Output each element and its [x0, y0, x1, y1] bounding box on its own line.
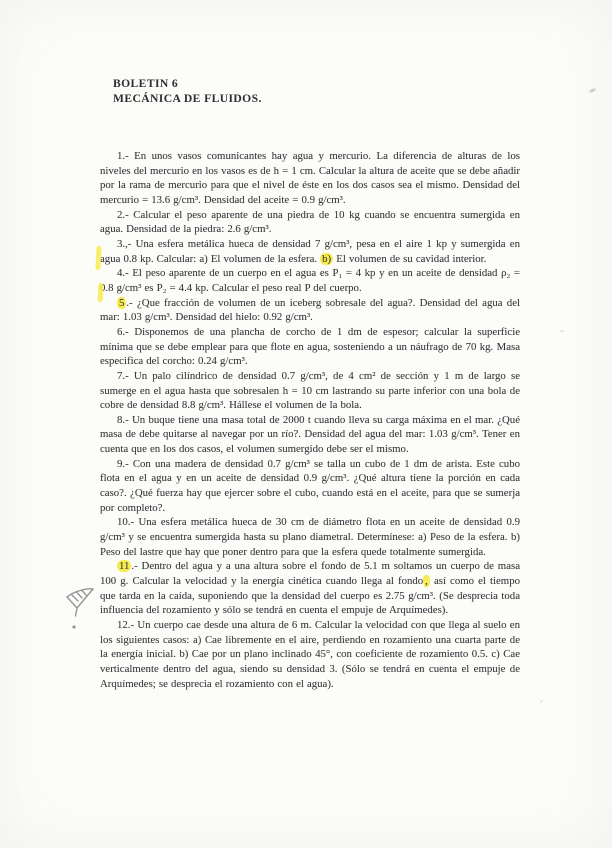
problem-8: 8.- Un buque tiene una masa total de 200… — [100, 413, 520, 457]
problem-10: 10.- Una esfera metálica hueca de 30 cm … — [100, 515, 520, 559]
title-line-1: BOLETIN 6 — [113, 76, 262, 91]
problem-4: 4.- El peso aparente de un cuerpo en el … — [100, 266, 520, 295]
scanned-document-page: BOLETIN 6 MECÁNICA DE FLUIDOS. 1.- En un… — [0, 0, 612, 848]
problem-1: 1.- En unos vasos comunicantes hay agua … — [100, 149, 520, 208]
problem-11: 11.- Dentro del agua y a una altura sobr… — [100, 559, 520, 618]
document-title: BOLETIN 6 MECÁNICA DE FLUIDOS. — [113, 76, 262, 106]
problem-2-text: 2.- Calcular el peso aparente de una pie… — [100, 209, 520, 236]
problem-7: 7.- Un palo cilíndrico de densidad 0.7 g… — [100, 369, 520, 413]
scan-speck — [560, 330, 564, 332]
problem-3: 3.,- Una esfera metálica hueca de densid… — [100, 237, 520, 266]
problem-11-highlighted-number: 11 — [117, 560, 131, 572]
problem-9-text: 9.- Con una madera de densidad 0.7 g/cm³… — [100, 458, 520, 514]
problem-5-text: .- ¿Que fracción de volumen de un iceber… — [100, 297, 520, 324]
problem-3-highlighted-b: b) — [320, 253, 333, 265]
problem-10-text: 10.- Una esfera metálica hueca de 30 cm … — [100, 516, 520, 557]
problem-4-text: 4.- El peso aparente de un cuerpo en el … — [100, 267, 520, 294]
problem-9: 9.- Con una madera de densidad 0.7 g/cm³… — [100, 457, 520, 516]
problem-8-text: 8.- Un buque tiene una masa total de 200… — [100, 414, 520, 455]
problem-12: 12.- Un cuerpo cae desde una altura de 6… — [100, 618, 520, 691]
problems-list: 1.- En unos vasos comunicantes hay agua … — [100, 149, 520, 691]
problem-6: 6.- Disponemos de una plancha de corcho … — [100, 325, 520, 369]
problem-5: 5.- ¿Que fracción de volumen de un icebe… — [100, 296, 520, 325]
highlighter-stroke-problem-4 — [98, 283, 104, 302]
problem-1-text: 1.- En unos vasos comunicantes hay agua … — [100, 150, 520, 206]
problem-6-text: 6.- Disponemos de una plancha de corcho … — [100, 326, 520, 367]
pencil-doodle-icon — [63, 586, 99, 636]
title-line-2: MECÁNICA DE FLUIDOS. — [113, 91, 262, 106]
problem-11-highlighted-comma: , — [423, 575, 430, 587]
problem-5-highlighted-number: 5 — [117, 297, 126, 309]
scan-speck — [589, 88, 597, 94]
problem-2: 2.- Calcular el peso aparente de una pie… — [100, 208, 520, 237]
problem-7-text: 7.- Un palo cilíndrico de densidad 0.7 g… — [100, 370, 520, 411]
problem-3-text-end: El volumen de su cavidad interior. — [333, 253, 486, 265]
scan-speck — [540, 700, 543, 703]
problem-12-text: 12.- Un cuerpo cae desde una altura de 6… — [100, 619, 520, 690]
